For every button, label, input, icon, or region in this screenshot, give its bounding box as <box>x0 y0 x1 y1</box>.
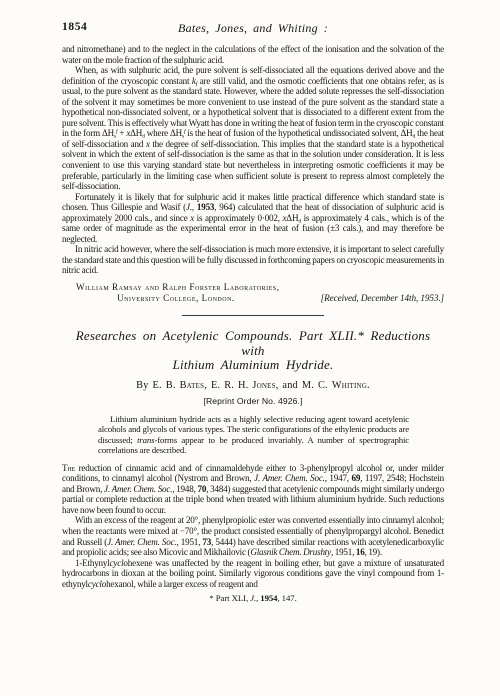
article1-paragraph-3: Fortunately it is likely that for sulphu… <box>62 192 444 245</box>
received-date: [Received, December 14th, 1953.] <box>321 293 444 304</box>
page-content: 1854 Bates, Jones, and Whiting : and nit… <box>62 21 444 603</box>
article1-paragraph-1: and nitromethane) and to the neglect in … <box>62 44 444 65</box>
page-header: 1854 Bates, Jones, and Whiting : <box>62 21 444 36</box>
article2-paragraph-1: The reduction of cinnamic acid and of ci… <box>62 463 444 516</box>
reprint-order: [Reprint Order No. 4926.] <box>62 396 444 406</box>
article2-paragraph-2: With an excess of the reagent at 20°, ph… <box>62 515 444 557</box>
article-2: Researches on Acetylenic Compounds. Part… <box>62 329 444 603</box>
page-number: 1854 <box>62 21 87 33</box>
signature-block: William Ramsay and Ralph Forster Laborat… <box>62 282 444 303</box>
article1-paragraph-4: In nitric acid however, where the self-d… <box>62 244 444 276</box>
article-separator-rule <box>182 315 324 316</box>
article2-paragraph-3: 1-Ethynylcyclohexene was unaffected by t… <box>62 558 444 590</box>
article-title-line-1: Researches on Acetylenic Compounds. Part… <box>62 329 444 358</box>
running-title: Bates, Jones, and Whiting : <box>62 21 444 36</box>
article-1: and nitromethane) and to the neglect in … <box>62 44 444 303</box>
footnote: * Part XLI, J., 1954, 147. <box>62 593 444 603</box>
journal-page: 1854 Bates, Jones, and Whiting : and nit… <box>0 0 500 696</box>
abstract: Lithium aluminium hydride acts as a high… <box>98 414 409 456</box>
institution-line: University College, London. <box>62 293 235 304</box>
laboratory-line: William Ramsay and Ralph Forster Laborat… <box>62 282 444 293</box>
signature-row: University College, London. [Received, D… <box>62 293 444 304</box>
article1-paragraph-2: When, as with sulphuric acid, the pure s… <box>62 65 444 192</box>
article-title-line-2: Lithium Aluminium Hydride. <box>62 358 444 373</box>
article-title: Researches on Acetylenic Compounds. Part… <box>62 329 444 373</box>
author-byline: By E. B. Bates, E. R. H. Jones, and M. C… <box>62 380 444 391</box>
